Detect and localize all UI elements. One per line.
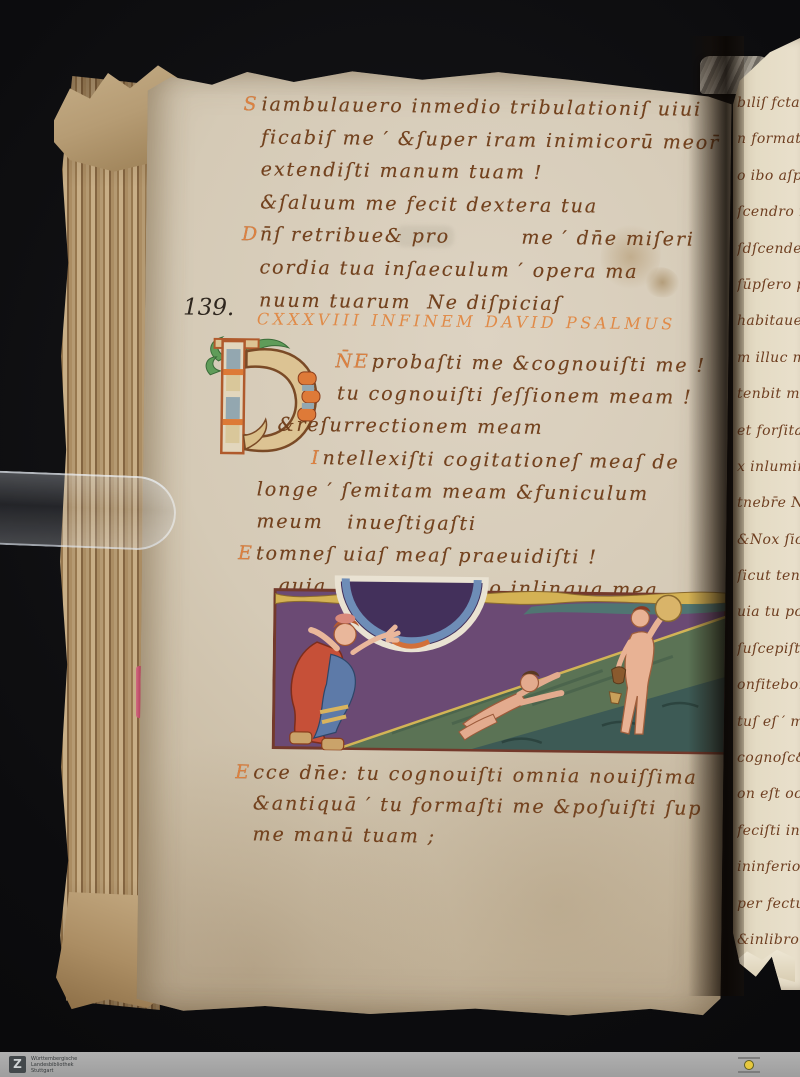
facing-page-line: o ibo aſpu tuo ′& [737, 168, 800, 204]
photo-scene: bıliſ fcta eſtn formata eſt &ro ibo aſpu… [0, 0, 800, 1077]
line-text: extendiſti manum tuam ! [261, 159, 544, 184]
facing-page-line: et forſitan te [737, 423, 800, 459]
watermark-bar: Z Württembergische Landesbibliothek Stut… [0, 1052, 800, 1077]
facing-page-line: cognoſc& nim [737, 750, 800, 786]
psalm-138-end-block: Siambulauero inmedio tribulationiſ uiuif… [241, 93, 722, 327]
facing-page-line: ſdſcendero adi [737, 241, 800, 277]
line-text: ficabiſ me ′ &ſuper iram inimicorū meor̄ [261, 126, 720, 154]
manuscript-line: me manū tuam ; [234, 823, 712, 860]
line-text: tu cognouiſti ſeſſionem meam ! [337, 383, 693, 409]
line-text: me manū tuam ; [252, 823, 436, 847]
facing-page-line: x inlumin [737, 459, 800, 495]
watermark-line: Stuttgart [31, 1068, 77, 1074]
psalm-139-continuation-block: Ecce dn̄e: tu cognouiſti omnia nouiſſima… [234, 761, 713, 860]
facing-page-line: ſūpſero penna [737, 277, 800, 313]
facing-page: bıliſ fcta eſtn formata eſt &ro ibo aſpu… [733, 38, 800, 990]
verse-initial: I [311, 447, 321, 469]
facing-page-line: n formata eſt &r [737, 131, 800, 167]
line-text: probaſti me &cognouiſti me ! [372, 351, 707, 377]
miniature-painting [272, 572, 729, 756]
line-text: iambulauero inmedio tribulationiſ uiui [261, 93, 702, 120]
jug [611, 667, 625, 684]
line-text: cordia tua inſaeculum ′ opera ma [259, 256, 638, 283]
held-disc [655, 595, 681, 621]
facing-page-line: tenbit me de [737, 386, 800, 422]
facing-page-line: &Nox ſicut dieſ [737, 532, 800, 568]
verse-initial: E [235, 761, 253, 783]
manuscript-page: Siambulauero inmedio tribulationiſ uiuif… [136, 66, 732, 1021]
facing-page-line: onfitebor tib [737, 677, 800, 713]
folio-number: 139. [183, 294, 235, 321]
line-text: &ſaluum me fecit dextera tua [260, 191, 598, 217]
facing-page-line: m illuc man [737, 350, 800, 386]
facing-page-line: habitauero i [737, 313, 800, 349]
facing-page-line: ſuſcepiſti m [737, 641, 800, 677]
facing-page-line: on eſt occultat [737, 786, 800, 822]
facing-page-line: tuſ eſ ′ mirab [737, 714, 800, 750]
seal-badge-icon [738, 1056, 760, 1074]
verse-initial: N̄E [335, 350, 370, 372]
watermark-line: Landesbibliothek [31, 1062, 77, 1068]
facing-page-line: ſcendro incelum [737, 204, 800, 240]
plexiglass-page-holder [0, 471, 177, 552]
line-text: n̄ſ retribue& pro me ′ dn̄e miſeri [260, 224, 695, 251]
line-text: &antiquā ′ tu formaſti me &poſuiſti ſup [253, 792, 703, 819]
line-text: cce dn̄e: tu cognouiſti omnia nouiſſima [253, 761, 698, 788]
verse-initial: E [238, 542, 256, 564]
verse-initial: D [242, 224, 260, 246]
line-text: tomneſ uiaſ meaſ praeuidiſti ! [256, 542, 598, 568]
wlb-logo-icon: Z [9, 1056, 26, 1073]
facing-page-line: per fectum m [737, 896, 800, 932]
watermark-line: Württembergische [31, 1056, 77, 1062]
line-text: meum inueſtigaſti [256, 510, 477, 535]
facing-page-line: tnebr̄e Non [737, 495, 800, 531]
facing-page-line: ſicut tenebrae e [737, 568, 800, 604]
watermark-text: Württembergische Landesbibliothek Stuttg… [31, 1056, 77, 1074]
facing-page-line: bıliſ fcta eſt [737, 95, 800, 131]
facing-page-line: uia tu poſſediſ [737, 604, 800, 640]
line-text: ntellexiſti cogitationeſ meaſ de [322, 447, 679, 473]
psalm-rubric: CXXXVIII INFINEM DAVID PSALMUS [257, 309, 676, 333]
facing-page-line: feciſti inoccult [737, 823, 800, 859]
facing-page-text: bıliſ fcta eſtn formata eſt &ro ibo aſpu… [737, 95, 800, 968]
line-text: &reſurrectionem meam [277, 414, 543, 439]
line-text: longe ′ ſemitam meam &funiculum [257, 478, 649, 505]
facing-page-line: ininferioribuſ [737, 859, 800, 895]
verse-initial: S [243, 93, 261, 115]
